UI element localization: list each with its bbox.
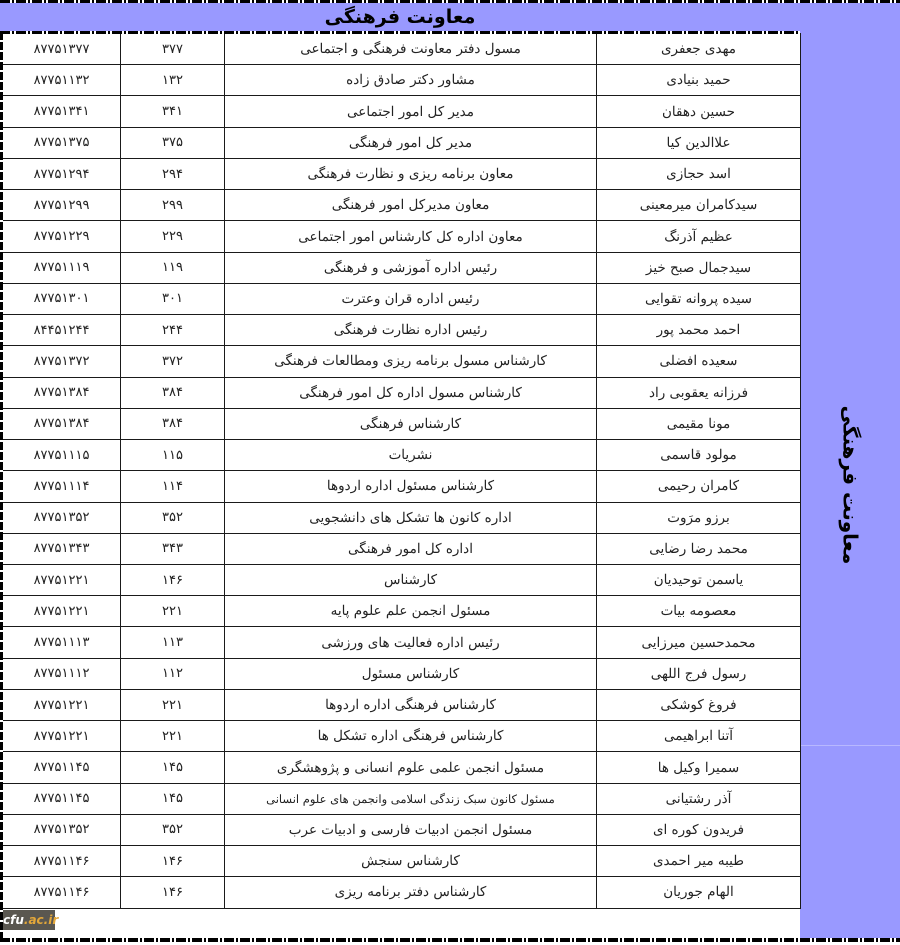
phone-cell: ۸۷۷۵۱۳۷۵	[3, 127, 121, 158]
phone-cell: ۸۷۷۵۱۱۱۳	[3, 627, 121, 658]
name-cell: یاسمن توحیدیان	[597, 564, 801, 595]
bottom-dashed-border	[0, 938, 900, 942]
position-cell: معاون اداره کل کارشناس امور اجتماعی	[225, 221, 597, 252]
name-cell: محمد رضا رضایی	[597, 533, 801, 564]
table-row: ۸۷۷۵۱۲۹۹۲۹۹معاون مدیرکل امور فرهنگیسیدکا…	[3, 190, 801, 221]
name-cell: عظیم آذرنگ	[597, 221, 801, 252]
position-cell: مدیر کل امور اجتماعی	[225, 96, 597, 127]
position-cell: کارشناس سنجش	[225, 846, 597, 877]
name-cell: سمیرا وکیل ها	[597, 752, 801, 783]
position-cell: کارشناس مسول برنامه ریزی ومطالعات فرهنگی	[225, 346, 597, 377]
phone-cell: ۸۴۴۵۱۲۴۴	[3, 315, 121, 346]
name-cell: طیبه میر احمدی	[597, 846, 801, 877]
name-cell: فریدون کوره ای	[597, 814, 801, 845]
phone-cell: ۸۷۷۵۱۱۱۵	[3, 440, 121, 471]
phone-cell: ۸۷۷۵۱۳۴۳	[3, 533, 121, 564]
phone-cell: ۸۷۷۵۱۳۷۲	[3, 346, 121, 377]
phone-cell: ۸۷۷۵۱۳۴۱	[3, 96, 121, 127]
position-cell: مسئول انجمن ادبیات فارسی و ادبیات عرب	[225, 814, 597, 845]
table-row: ۸۷۷۵۱۳۵۲۳۵۲مسئول انجمن ادبیات فارسی و اد…	[3, 814, 801, 845]
position-cell: کارشناس مسول اداره کل امور فرهنگی	[225, 377, 597, 408]
table-row: ۸۷۷۵۱۳۸۴۳۸۴کارشناس مسول اداره کل امور فر…	[3, 377, 801, 408]
name-cell: رسول فرج اللهی	[597, 658, 801, 689]
name-cell: احمد محمد پور	[597, 315, 801, 346]
table-row: ۸۷۷۵۱۱۴۶۱۴۶کارشناس دفتر برنامه ریزیالهام…	[3, 877, 801, 908]
table-row: ۸۷۷۵۱۳۷۷۳۷۷مسول دفتر معاونت فرهنگی و اجت…	[3, 34, 801, 65]
table-row: ۸۷۷۵۱۳۷۵۳۷۵مدیر کل امور فرهنگیعلاالدین ک…	[3, 127, 801, 158]
name-cell: سیده پروانه تقوایی	[597, 283, 801, 314]
extension-cell: ۱۴۶	[121, 877, 225, 908]
table-row: ۸۷۷۵۱۳۷۲۳۷۲کارشناس مسول برنامه ریزی ومطا…	[3, 346, 801, 377]
extension-cell: ۱۱۴	[121, 471, 225, 502]
phone-cell: ۸۷۷۵۱۲۲۱	[3, 596, 121, 627]
name-cell: مولود قاسمی	[597, 440, 801, 471]
table-row: ۸۷۷۵۱۱۳۲۱۳۲مشاور دکتر صادق زادهحمید بنیا…	[3, 65, 801, 96]
extension-cell: ۱۱۳	[121, 627, 225, 658]
extension-cell: ۲۲۱	[121, 721, 225, 752]
name-cell: سیدجمال صبح خیز	[597, 252, 801, 283]
phone-cell: ۸۷۷۵۱۱۱۹	[3, 252, 121, 283]
phone-cell: ۸۷۷۵۱۱۴۶	[3, 877, 121, 908]
extension-cell: ۱۱۹	[121, 252, 225, 283]
extension-cell: ۲۲۹	[121, 221, 225, 252]
extension-cell: ۳۴۳	[121, 533, 225, 564]
name-cell: علاالدین کیا	[597, 127, 801, 158]
position-cell: مدیر کل امور فرهنگی	[225, 127, 597, 158]
table-row: ۸۴۴۵۱۲۴۴۲۴۴رئیس اداره نظارت فرهنگیاحمد م…	[3, 315, 801, 346]
position-cell: معاون مدیرکل امور فرهنگی	[225, 190, 597, 221]
extension-cell: ۳۸۴	[121, 377, 225, 408]
extension-cell: ۳۷۵	[121, 127, 225, 158]
watermark-prefix: cfu	[3, 913, 24, 927]
phone-cell: ۸۷۷۵۱۳۰۱	[3, 283, 121, 314]
table-row: ۸۷۷۵۱۳۴۳۳۴۳اداره کل امور فرهنگیمحمد رضا …	[3, 533, 801, 564]
phone-cell: ۸۷۷۵۱۲۹۴	[3, 158, 121, 189]
table-row: ۸۷۷۵۱۱۴۵۱۴۵مسئول کانون سبک زندگی اسلامی …	[3, 783, 801, 814]
table-row: ۸۷۷۵۱۱۱۳۱۱۳رئیس اداره فعالیت های ورزشیمح…	[3, 627, 801, 658]
position-cell: کارشناس فرهنگی اداره اردوها	[225, 689, 597, 720]
table-row: ۸۷۷۵۱۱۱۵۱۱۵نشریاتمولود قاسمی	[3, 440, 801, 471]
position-cell: کارشناس فرهنگی اداره تشکل ها	[225, 721, 597, 752]
table-row: ۸۷۷۵۱۱۴۵۱۴۵مسئول انجمن علمی علوم انسانی …	[3, 752, 801, 783]
extension-cell: ۱۱۵	[121, 440, 225, 471]
phone-cell: ۸۷۷۵۱۳۵۲	[3, 502, 121, 533]
extension-cell: ۳۵۲	[121, 502, 225, 533]
extension-cell: ۳۷۲	[121, 346, 225, 377]
name-cell: برزو مرَوت	[597, 502, 801, 533]
table-row: ۸۷۷۵۱۳۵۲۳۵۲اداره کانون ها تشکل های دانشج…	[3, 502, 801, 533]
header-dashed-divider	[0, 31, 800, 34]
extension-cell: ۲۲۱	[121, 596, 225, 627]
name-cell: الهام جوریان	[597, 877, 801, 908]
name-cell: محمدحسین میرزایی	[597, 627, 801, 658]
name-cell: کامران رحیمی	[597, 471, 801, 502]
extension-cell: ۲۹۹	[121, 190, 225, 221]
phone-cell: ۸۷۷۵۱۱۱۴	[3, 471, 121, 502]
position-cell: رئیس اداره آموزشی و فرهنگی	[225, 252, 597, 283]
phone-cell: ۸۷۷۵۱۲۲۱	[3, 721, 121, 752]
phone-cell: ۸۷۷۵۱۳۵۲	[3, 814, 121, 845]
extension-cell: ۳۸۴	[121, 408, 225, 439]
table-row: ۸۷۷۵۱۲۲۱۱۴۶کارشناسیاسمن توحیدیان	[3, 564, 801, 595]
name-cell: آذر رشتیانی	[597, 783, 801, 814]
name-cell: اسد حجازی	[597, 158, 801, 189]
position-cell: اداره کل امور فرهنگی	[225, 533, 597, 564]
staff-directory-table: ۸۷۷۵۱۳۷۷۳۷۷مسول دفتر معاونت فرهنگی و اجت…	[2, 33, 801, 909]
phone-cell: ۸۷۷۵۱۱۴۵	[3, 783, 121, 814]
position-cell: مسئول انجمن علم علوم پایه	[225, 596, 597, 627]
table-row: ۸۷۷۵۱۳۴۱۳۴۱مدیر کل امور اجتماعیحسین دهقا…	[3, 96, 801, 127]
name-cell: معصومه بیات	[597, 596, 801, 627]
table-row: ۸۷۷۵۱۲۹۴۲۹۴معاون برنامه ریزی و نظارت فره…	[3, 158, 801, 189]
table-row: ۸۷۷۵۱۱۱۹۱۱۹رئیس اداره آموزشی و فرهنگیسید…	[3, 252, 801, 283]
position-cell: نشریات	[225, 440, 597, 471]
left-dashed-border	[0, 32, 3, 938]
name-cell: حسین دهقان	[597, 96, 801, 127]
extension-cell: ۱۳۲	[121, 65, 225, 96]
extension-cell: ۲۲۱	[121, 689, 225, 720]
table-row: ۸۷۷۵۱۲۲۱۲۲۱کارشناس فرهنگی اداره اردوهافر…	[3, 689, 801, 720]
name-cell: مونا مقیمی	[597, 408, 801, 439]
phone-cell: ۸۷۷۵۱۳۸۴	[3, 377, 121, 408]
name-cell: سیدکامران میرمعینی	[597, 190, 801, 221]
position-cell: اداره کانون ها تشکل های دانشجویی	[225, 502, 597, 533]
side-panel-title: معاونت فرهنگی	[800, 32, 900, 938]
name-cell: سعیده افضلی	[597, 346, 801, 377]
phone-cell: ۸۷۷۵۱۱۱۲	[3, 658, 121, 689]
phone-cell: ۸۷۷۵۱۲۲۹	[3, 221, 121, 252]
extension-cell: ۱۴۵	[121, 783, 225, 814]
position-cell: مسول دفتر معاونت فرهنگی و اجتماعی	[225, 34, 597, 65]
position-cell: کارشناس دفتر برنامه ریزی	[225, 877, 597, 908]
extension-cell: ۲۴۴	[121, 315, 225, 346]
phone-cell: ۸۷۷۵۱۲۹۹	[3, 190, 121, 221]
name-cell: فروغ کوشکی	[597, 689, 801, 720]
name-cell: فرزانه یعقوبی راد	[597, 377, 801, 408]
position-cell: کارشناس	[225, 564, 597, 595]
position-cell: رئیس اداره فعالیت های ورزشی	[225, 627, 597, 658]
side-panel-title-text: معاونت فرهنگی	[838, 406, 862, 565]
extension-cell: ۳۵۲	[121, 814, 225, 845]
extension-cell: ۱۴۵	[121, 752, 225, 783]
position-cell: مشاور دکتر صادق زاده	[225, 65, 597, 96]
watermark-suffix: .ac.ir	[24, 913, 58, 927]
extension-cell: ۲۹۴	[121, 158, 225, 189]
extension-cell: ۱۴۶	[121, 564, 225, 595]
table-row: ۸۷۷۵۱۲۲۱۲۲۱کارشناس فرهنگی اداره تشکل هاآ…	[3, 721, 801, 752]
table-body: ۸۷۷۵۱۳۷۷۳۷۷مسول دفتر معاونت فرهنگی و اجت…	[3, 34, 801, 909]
position-cell: رئیس اداره نظارت فرهنگی	[225, 315, 597, 346]
extension-cell: ۳۴۱	[121, 96, 225, 127]
phone-cell: ۸۷۷۵۱۳۸۴	[3, 408, 121, 439]
name-cell: مهدی جعفری	[597, 34, 801, 65]
table-row: ۸۷۷۵۱۲۲۹۲۲۹معاون اداره کل کارشناس امور ا…	[3, 221, 801, 252]
phone-cell: ۸۷۷۵۱۱۳۲	[3, 65, 121, 96]
phone-cell: ۸۷۷۵۱۱۴۶	[3, 846, 121, 877]
position-cell: کارشناس مسئول اداره اردوها	[225, 471, 597, 502]
name-cell: آتنا ابراهیمی	[597, 721, 801, 752]
position-cell: کارشناس فرهنگی	[225, 408, 597, 439]
table-row: ۸۷۷۵۱۲۲۱۲۲۱مسئول انجمن علم علوم پایهمعصو…	[3, 596, 801, 627]
phone-cell: ۸۷۷۵۱۳۷۷	[3, 34, 121, 65]
table-row: ۸۷۷۵۱۱۱۴۱۱۴کارشناس مسئول اداره اردوهاکام…	[3, 471, 801, 502]
extension-cell: ۱۴۶	[121, 846, 225, 877]
table-row: ۸۷۷۵۱۱۴۶۱۴۶کارشناس سنجشطیبه میر احمدی	[3, 846, 801, 877]
extension-cell: ۳۰۱	[121, 283, 225, 314]
phone-cell: ۸۷۷۵۱۲۲۱	[3, 564, 121, 595]
phone-cell: ۸۷۷۵۱۲۲۱	[3, 689, 121, 720]
phone-cell: ۸۷۷۵۱۱۴۵	[3, 752, 121, 783]
position-cell: رئیس اداره قران وعترت	[225, 283, 597, 314]
directory-page: معاونت فرهنگی معاونت فرهنگی ۸۷۷۵۱۳۷۷۳۷۷م…	[0, 0, 900, 945]
position-cell: معاون برنامه ریزی و نظارت فرهنگی	[225, 158, 597, 189]
position-cell: کارشناس مسئول	[225, 658, 597, 689]
table-row: ۸۷۷۵۱۱۱۲۱۱۲کارشناس مسئولرسول فرج اللهی	[3, 658, 801, 689]
site-watermark: cfu.ac.ir	[3, 910, 55, 930]
table-row: ۸۷۷۵۱۳۰۱۳۰۱رئیس اداره قران وعترتسیده پرو…	[3, 283, 801, 314]
position-cell: مسئول کانون سبک زندگی اسلامی وانجمن های …	[225, 783, 597, 814]
page-title: معاونت فرهنگی	[0, 3, 800, 32]
name-cell: حمید بنیادی	[597, 65, 801, 96]
extension-cell: ۳۷۷	[121, 34, 225, 65]
position-cell: مسئول انجمن علمی علوم انسانی و پژوهشگری	[225, 752, 597, 783]
extension-cell: ۱۱۲	[121, 658, 225, 689]
table-row: ۸۷۷۵۱۳۸۴۳۸۴کارشناس فرهنگیمونا مقیمی	[3, 408, 801, 439]
